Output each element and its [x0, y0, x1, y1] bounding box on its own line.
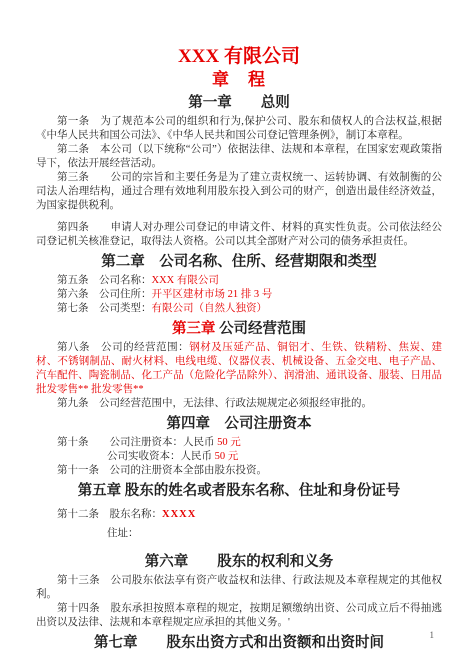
chapter-4-heading: 第四章 公司注册资本	[36, 415, 442, 433]
chapter-4-heading-text: 第四章 公司注册资本	[167, 416, 312, 432]
article-6-text: 开平区建材市场 21 排 3 号	[152, 289, 273, 300]
document-body: 第一章 总则第一条 为了规范本公司的组织和行为,保护公司、股东和债权人的合法权益…	[36, 94, 442, 652]
article-13-text: 第十三条 公司股东依法享有资产收益权和法律、行政法规及本章程规定的其他权利。	[36, 575, 442, 600]
page-number: 1	[430, 630, 435, 640]
chapter-3-heading: 第三章 公司经营范围	[36, 320, 442, 338]
article-14-text: 第十四条 股东承担按照本章程的规定，按期足额缴纳出资、公司成立后不得抽逃出资以及…	[36, 603, 442, 628]
article-5-text: XXX 有限公司	[152, 275, 219, 286]
article-12-address-text: 住址：	[107, 528, 139, 539]
article-4: 第四条 申请人对办理公司登记的申请文件、材料的真实性负责。公司依法经公司登记机关…	[36, 221, 442, 249]
article-7-text: 第七条 公司类型：	[57, 303, 152, 314]
article-12-text: XXXX	[162, 509, 196, 520]
article-1: 第一条 为了规范本公司的组织和行为,保护公司、股东和债权人的合法权益,根据《中华…	[36, 115, 442, 143]
article-3: 第三条 公司的宗旨和主要任务是为了建立责权统一、运转协调、有效制衡的公司法人治理…	[36, 171, 442, 213]
chapter-1-heading-text: 第一章 总则	[188, 95, 290, 111]
article-8: 第八条 公司的经营范围：钢材及压延产品、铜铝才、生铁、铁精粉、焦炭、建材、不锈钢…	[36, 341, 442, 397]
article-10-paid-capital: 公司实收资本：人民币 50 元	[107, 450, 442, 464]
article-10-text: 第十条 公司注册资本：人民币	[57, 437, 217, 448]
article-13: 第十三条 公司股东依法享有资产收益权和法律、行政法规及本章程规定的其他权利。	[36, 574, 442, 602]
article-7-text: 有限公司（自然人独资）	[152, 303, 268, 314]
blank-line-1	[36, 213, 442, 221]
article-9-text: 第九条 公司经营范围中，无法律、行政法规规定必须报经审批的。	[57, 398, 372, 409]
article-4-text: 第四条 申请人对办理公司登记的申请文件、材料的真实性负责。公司依法经公司登记机关…	[36, 222, 442, 247]
article-6-text: 第六条 公司住所：	[57, 289, 152, 300]
chapter-5-heading-text: 第五章 股东的姓名或者股东名称、住址和身份证号	[78, 483, 401, 499]
article-2-text: 第二条 本公司（以下统称“公司”）依据法律、法规和本章程，在国家宏观政策指导下，…	[36, 144, 442, 169]
chapter-7-heading-text: 第七章 股东出资方式和出资额和出资时间	[94, 635, 384, 651]
chapter-2-heading: 第二章 公司名称、住所、经营期限和类型	[36, 253, 442, 271]
article-10-paid-capital-text: 公司实收资本：人民币	[107, 451, 215, 462]
article-5-text: 第五条 公司名称：	[57, 275, 152, 286]
article-12-address: 住址：	[107, 527, 442, 541]
article-14: 第十四条 股东承担按照本章程的规定，按期足额缴纳出资、公司成立后不得抽逃出资以及…	[36, 602, 442, 630]
article-6: 第六条 公司住所：开平区建材市场 21 排 3 号	[36, 288, 442, 302]
article-9: 第九条 公司经营范围中，无法律、行政法规规定必须报经审批的。	[36, 397, 442, 411]
chapter-6-heading: 第六章 股东的权利和义务	[36, 553, 442, 571]
article-11: 第十一条 公司的注册资本全部由股东投资。	[36, 464, 442, 478]
article-10: 第十条 公司注册资本：人民币 50 元	[36, 436, 442, 450]
article-8-text: 第八条 公司的经营范围：	[57, 342, 189, 353]
article-12-text: 第十二条 股东名称：	[57, 509, 162, 520]
article-12: 第十二条 股东名称：XXXX	[36, 508, 442, 522]
document-page: XXX 有限公司 章 程 第一章 总则第一条 为了规范本公司的组织和行为,保护公…	[0, 0, 474, 670]
chapter-5-heading: 第五章 股东的姓名或者股东名称、住址和身份证号	[36, 482, 442, 500]
article-5: 第五条 公司名称：XXX 有限公司	[36, 274, 442, 288]
doc-title: XXX 有限公司	[36, 46, 442, 68]
chapter-3-heading-text: 公司经营范围	[219, 321, 306, 337]
document-content: XXX 有限公司 章 程 第一章 总则第一条 为了规范本公司的组织和行为,保护公…	[36, 46, 442, 655]
article-10-text: 50 元	[217, 437, 241, 448]
chapter-2-heading-text: 第二章 公司名称、住所、经营期限和类型	[101, 254, 377, 270]
article-1-text: 第一条 为了规范本公司的组织和行为,保护公司、股东和债权人的合法权益,根据《中华…	[36, 116, 442, 141]
doc-subtitle: 章 程	[36, 70, 442, 90]
blank-line-4	[36, 541, 442, 549]
chapter-7-heading: 第七章 股东出资方式和出资额和出资时间	[36, 634, 442, 652]
chapter-6-heading-text: 第六章 股东的权利和义务	[145, 554, 334, 570]
article-3-text: 第三条 公司的宗旨和主要任务是为了建立责权统一、运转协调、有效制衡的公司法人治理…	[36, 172, 442, 211]
article-11-text: 第十一条 公司的注册资本全部由股东投资。	[57, 465, 267, 476]
chapter-1-heading: 第一章 总则	[36, 94, 442, 112]
article-10-paid-capital-text: 50 元	[215, 451, 239, 462]
chapter-3-heading-text: 第三章	[172, 321, 219, 337]
article-2: 第二条 本公司（以下统称“公司”）依据法律、法规和本章程，在国家宏观政策指导下，…	[36, 143, 442, 171]
article-7: 第七条 公司类型：有限公司（自然人独资）	[36, 302, 442, 316]
